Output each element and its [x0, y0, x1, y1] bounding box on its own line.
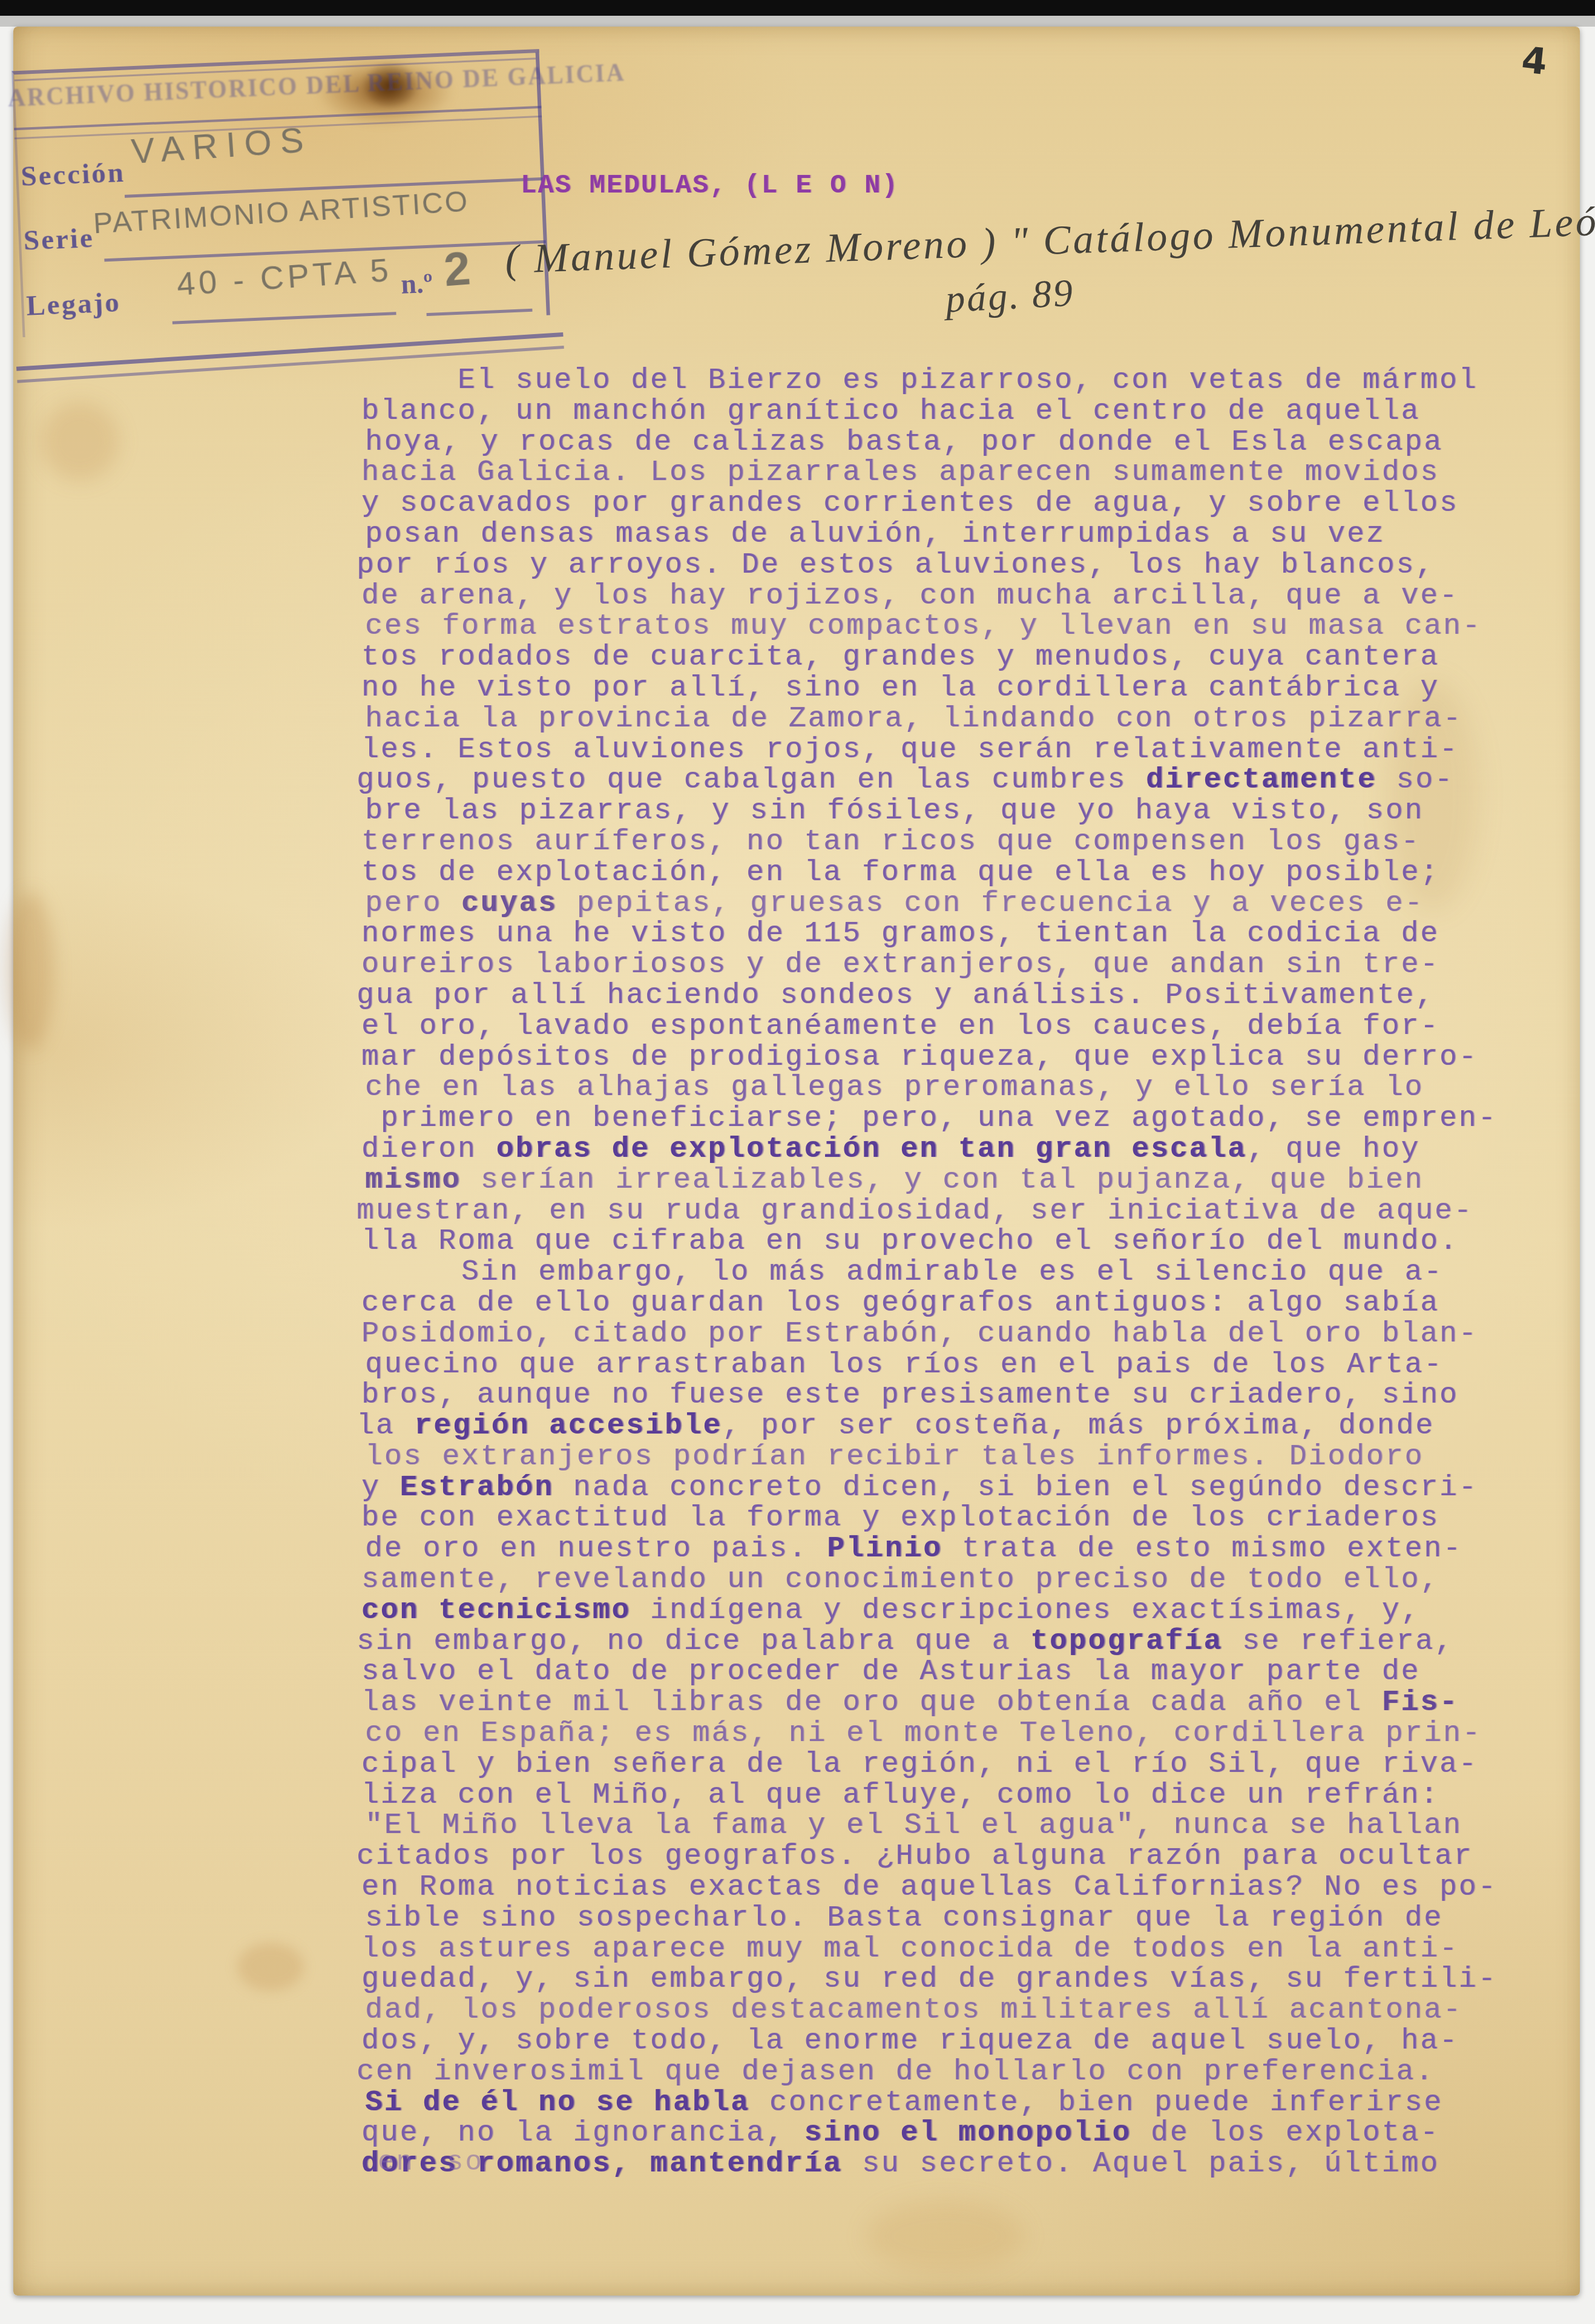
paper-blotch: [867, 2200, 1024, 2273]
typewritten-line: gua por allí haciendo sondeos y análisis…: [357, 981, 1530, 1012]
typewritten-line: y socavados por grandes corrientes de ag…: [361, 489, 1530, 519]
paper-blotch: [237, 1943, 304, 1991]
typewritten-fragment: en so: [378, 2147, 484, 2178]
typewritten-line: "El Miño lleva la fama y el Sil el agua"…: [365, 1811, 1530, 1842]
typewritten-line: de arena, y los hay rojizos, con mucha a…: [361, 581, 1530, 612]
typewritten-line: mismo serían irrealizables, y con tal pu…: [365, 1165, 1530, 1196]
typewritten-line: los astures aparece muy mal conocida de …: [361, 1934, 1530, 1965]
typewritten-line: les. Estos aluviones rojos, que serán re…: [361, 735, 1530, 766]
typewritten-line: hacia la provincia de Zamora, lindando c…: [365, 704, 1530, 735]
typewritten-line: con tecnicismo indígena y descripciones …: [361, 1596, 1530, 1627]
handwritten-page-ref: pág. 89: [944, 270, 1076, 321]
typewritten-line: los extranjeros podrían recibir tales in…: [365, 1442, 1530, 1473]
typewritten-line: oureiros laboriosos y de extranjeros, qu…: [361, 950, 1530, 981]
typewritten-line: que, no la ignorancia, sino el monopolio…: [361, 2118, 1530, 2149]
scanner-gray-band: [0, 16, 1595, 27]
typewritten-line: el oro, lavado espontanéamente en los ca…: [361, 1012, 1530, 1042]
typewritten-line: primero en beneficiarse; pero, una vez a…: [361, 1104, 1530, 1134]
typewritten-line: pero cuyas pepitas, gruesas con frecuenc…: [365, 889, 1530, 920]
typewritten-line: bros, aunque no fuese este presisamente …: [361, 1380, 1530, 1411]
paper-blotch: [41, 402, 119, 481]
typewritten-line: hacia Galicia. Los pizarrales aparecen s…: [361, 458, 1530, 489]
typewritten-line: guedad, y, sin embargo, su red de grande…: [361, 1964, 1530, 1995]
typewritten-line: en Roma noticias exactas de aquellas Cal…: [361, 1872, 1530, 1903]
typewritten-line: bre las pizarras, y sin fósiles, que yo …: [365, 796, 1530, 827]
typewritten-line: cerca de ello guardan los geógrafos anti…: [361, 1288, 1530, 1319]
typewritten-line: cipal y bien señera de la región, ni el …: [361, 1750, 1530, 1780]
typewritten-line: tos rodados de cuarcita, grandes y menud…: [361, 642, 1530, 673]
typewritten-line: liza con el Miño, al que afluye, como lo…: [361, 1780, 1530, 1811]
typewritten-line: tos de explotación, en la forma que ella…: [361, 858, 1530, 889]
typewritten-line: Si de él no se habla concretamente, bien…: [365, 2088, 1530, 2119]
scanner-top-band: [0, 0, 1595, 16]
typewritten-line: y Estrabón nada concreto dicen, si bien …: [361, 1473, 1530, 1504]
typewritten-line: be con exactitud la forma y explotación …: [361, 1503, 1530, 1534]
typewritten-line: mar depósitos de prodigiosa riqueza, que…: [361, 1042, 1530, 1073]
typewritten-line: sible sino sospecharlo. Basta consignar …: [365, 1903, 1530, 1934]
typewritten-line: de oro en nuestro pais. Plinio trata de …: [365, 1534, 1530, 1565]
stamp-field-label-serie: Serie: [23, 222, 95, 257]
typewritten-line: dores romanos, mantendría su secreto. Aq…: [361, 2149, 1530, 2180]
stamp-field-label-numero: n.º: [400, 267, 433, 300]
typewritten-line: ces forma estratos muy compactos, y llev…: [365, 611, 1530, 642]
typewritten-line: cen inverosimil que dejasen de hollarlo …: [357, 2057, 1530, 2088]
typewritten-line: sin embargo, no dice palabra que a topog…: [357, 1627, 1530, 1657]
stamp-field-label-seccion: Sección: [20, 156, 126, 193]
typewritten-line: guos, puesto que cabalgan en las cumbres…: [357, 765, 1530, 796]
typewritten-line: citados por los geografos. ¿Hubo alguna …: [357, 1842, 1530, 1872]
typewritten-line: Sin embargo, lo más admirable es el sile…: [365, 1257, 1530, 1288]
typewritten-line: normes una he visto de 115 gramos, tient…: [361, 919, 1530, 950]
typewritten-line: dad, los poderosos destacamentos militar…: [365, 1995, 1530, 2026]
typewritten-line: no he visto por allí, sino en la cordill…: [361, 673, 1530, 704]
typewritten-line: che en las alhajas gallegas preromanas, …: [365, 1073, 1530, 1104]
typewritten-line: la región accesible, por ser costeña, má…: [357, 1411, 1530, 1442]
typewritten-line: las veinte mil libras de oro que obtenía…: [361, 1688, 1530, 1719]
typewritten-line: dieron obras de explotación en tan gran …: [361, 1134, 1530, 1165]
typewritten-line: samente, revelando un conocimiento preci…: [361, 1565, 1530, 1596]
typewritten-line: dos, y, sobre todo, la enorme riqueza de…: [361, 2026, 1530, 2057]
scanner-background: 4 ARCHIVO HISTORICO DEL REINO DE GALICIA…: [0, 0, 1595, 2324]
document-title: LAS MEDULAS, (L E O N): [521, 171, 899, 201]
typewritten-body: El suelo del Bierzo es pizarroso, con ve…: [361, 366, 1530, 2180]
typewritten-line: posan densas masas de aluvión, interrump…: [365, 519, 1530, 550]
handwritten-numero-value: 2: [442, 240, 472, 297]
typewritten-line: co en España; es más, ni el monte Teleno…: [365, 1719, 1530, 1750]
archive-stamp: ARCHIVO HISTORICO DEL REINO DE GALICIA S…: [12, 49, 550, 337]
typewritten-line: lla Roma que cifraba en su provecho el s…: [361, 1226, 1530, 1257]
typewritten-line: por ríos y arroyos. De estos aluviones, …: [357, 550, 1530, 581]
typewritten-line: quecino que arrastraban los ríos en el p…: [365, 1350, 1530, 1381]
handwritten-attribution: ( Manuel Gómez Moreno ) " Catálogo Monum…: [504, 196, 1595, 283]
typewritten-line: terrenos auríferos, no tan ricos que com…: [361, 827, 1530, 858]
page-number: 4: [1519, 39, 1549, 84]
typewritten-line: muestran, en su ruda grandiosidad, ser i…: [357, 1196, 1530, 1227]
typewritten-line: salvo el dato de proceder de Asturias la…: [361, 1657, 1530, 1688]
edge-stain: [6, 892, 54, 1050]
document-page: 4 ARCHIVO HISTORICO DEL REINO DE GALICIA…: [13, 27, 1580, 2296]
stamp-field-label-legajo: Legajo: [25, 286, 121, 323]
typewritten-line: Posidomio, citado por Estrabón, cuando h…: [361, 1319, 1530, 1350]
typewritten-line: blanco, un manchón granítico hacia el ce…: [361, 397, 1530, 427]
typewritten-line: El suelo del Bierzo es pizarroso, con ve…: [361, 366, 1530, 397]
typewritten-line: hoya, y rocas de calizas basta, por dond…: [365, 427, 1530, 458]
